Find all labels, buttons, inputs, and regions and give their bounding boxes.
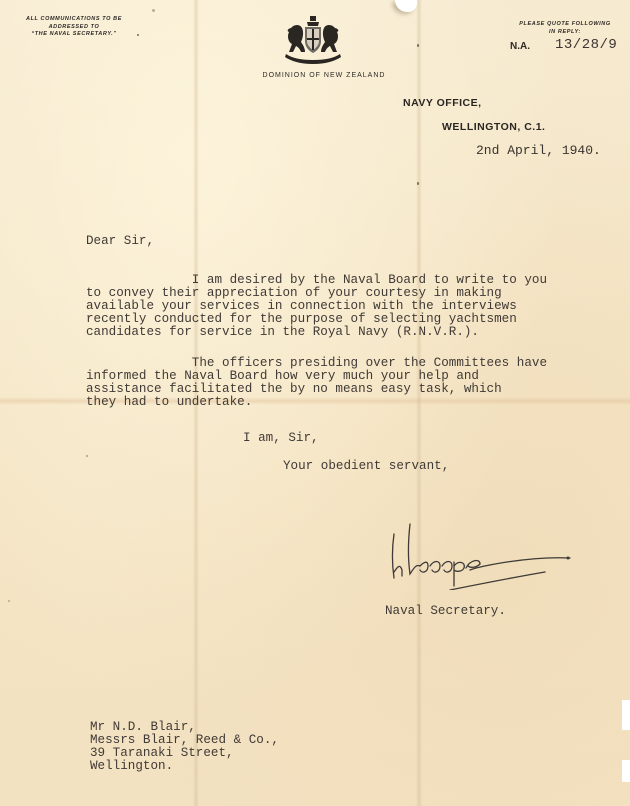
reply-note-line: PLEASE QUOTE FOLLOWING: [505, 20, 625, 28]
paper-speck: [152, 9, 155, 12]
coat-of-arms-icon: [283, 14, 343, 68]
reference-number: 13/28/9: [555, 37, 617, 53]
communications-note-line: ADDRESSED TO: [15, 24, 133, 32]
closing-line: Your obedient servant,: [283, 460, 449, 473]
paper-speck: [417, 44, 419, 47]
office-name: NAVY OFFICE,: [403, 97, 482, 109]
reference-label: N.A.: [510, 41, 530, 52]
torn-edge: [622, 700, 630, 730]
communications-note-line: ALL COMMUNICATIONS TO BE: [15, 16, 133, 24]
dominion-heading: DOMINION OF NEW ZEALAND: [262, 72, 386, 79]
paper-speck: [8, 600, 10, 602]
reply-note-line: IN REPLY:: [505, 28, 625, 36]
salutation: Dear Sir,: [86, 235, 154, 248]
closing-line: I am, Sir,: [243, 432, 319, 445]
paper-speck: [86, 455, 88, 457]
signatory-title: Naval Secretary.: [385, 605, 506, 618]
reply-note: PLEASE QUOTE FOLLOWING IN REPLY:: [505, 20, 625, 36]
office-city: WELLINGTON, C.1.: [442, 121, 545, 133]
letter-date: 2nd April, 1940.: [476, 143, 601, 158]
paper-speck: [137, 34, 139, 36]
body-paragraph: The officers presiding over the Committe…: [86, 357, 547, 409]
torn-edge: [622, 760, 630, 782]
communications-note: ALL COMMUNICATIONS TO BE ADDRESSED TO “T…: [15, 16, 133, 39]
paper-speck: [417, 182, 419, 185]
addressee-block: Mr N.D. Blair, Messrs Blair, Reed & Co.,…: [90, 721, 279, 773]
body-paragraph: I am desired by the Naval Board to write…: [86, 274, 547, 339]
communications-note-line: “THE NAVAL SECRETARY.”: [15, 31, 133, 39]
signature: [380, 520, 580, 590]
